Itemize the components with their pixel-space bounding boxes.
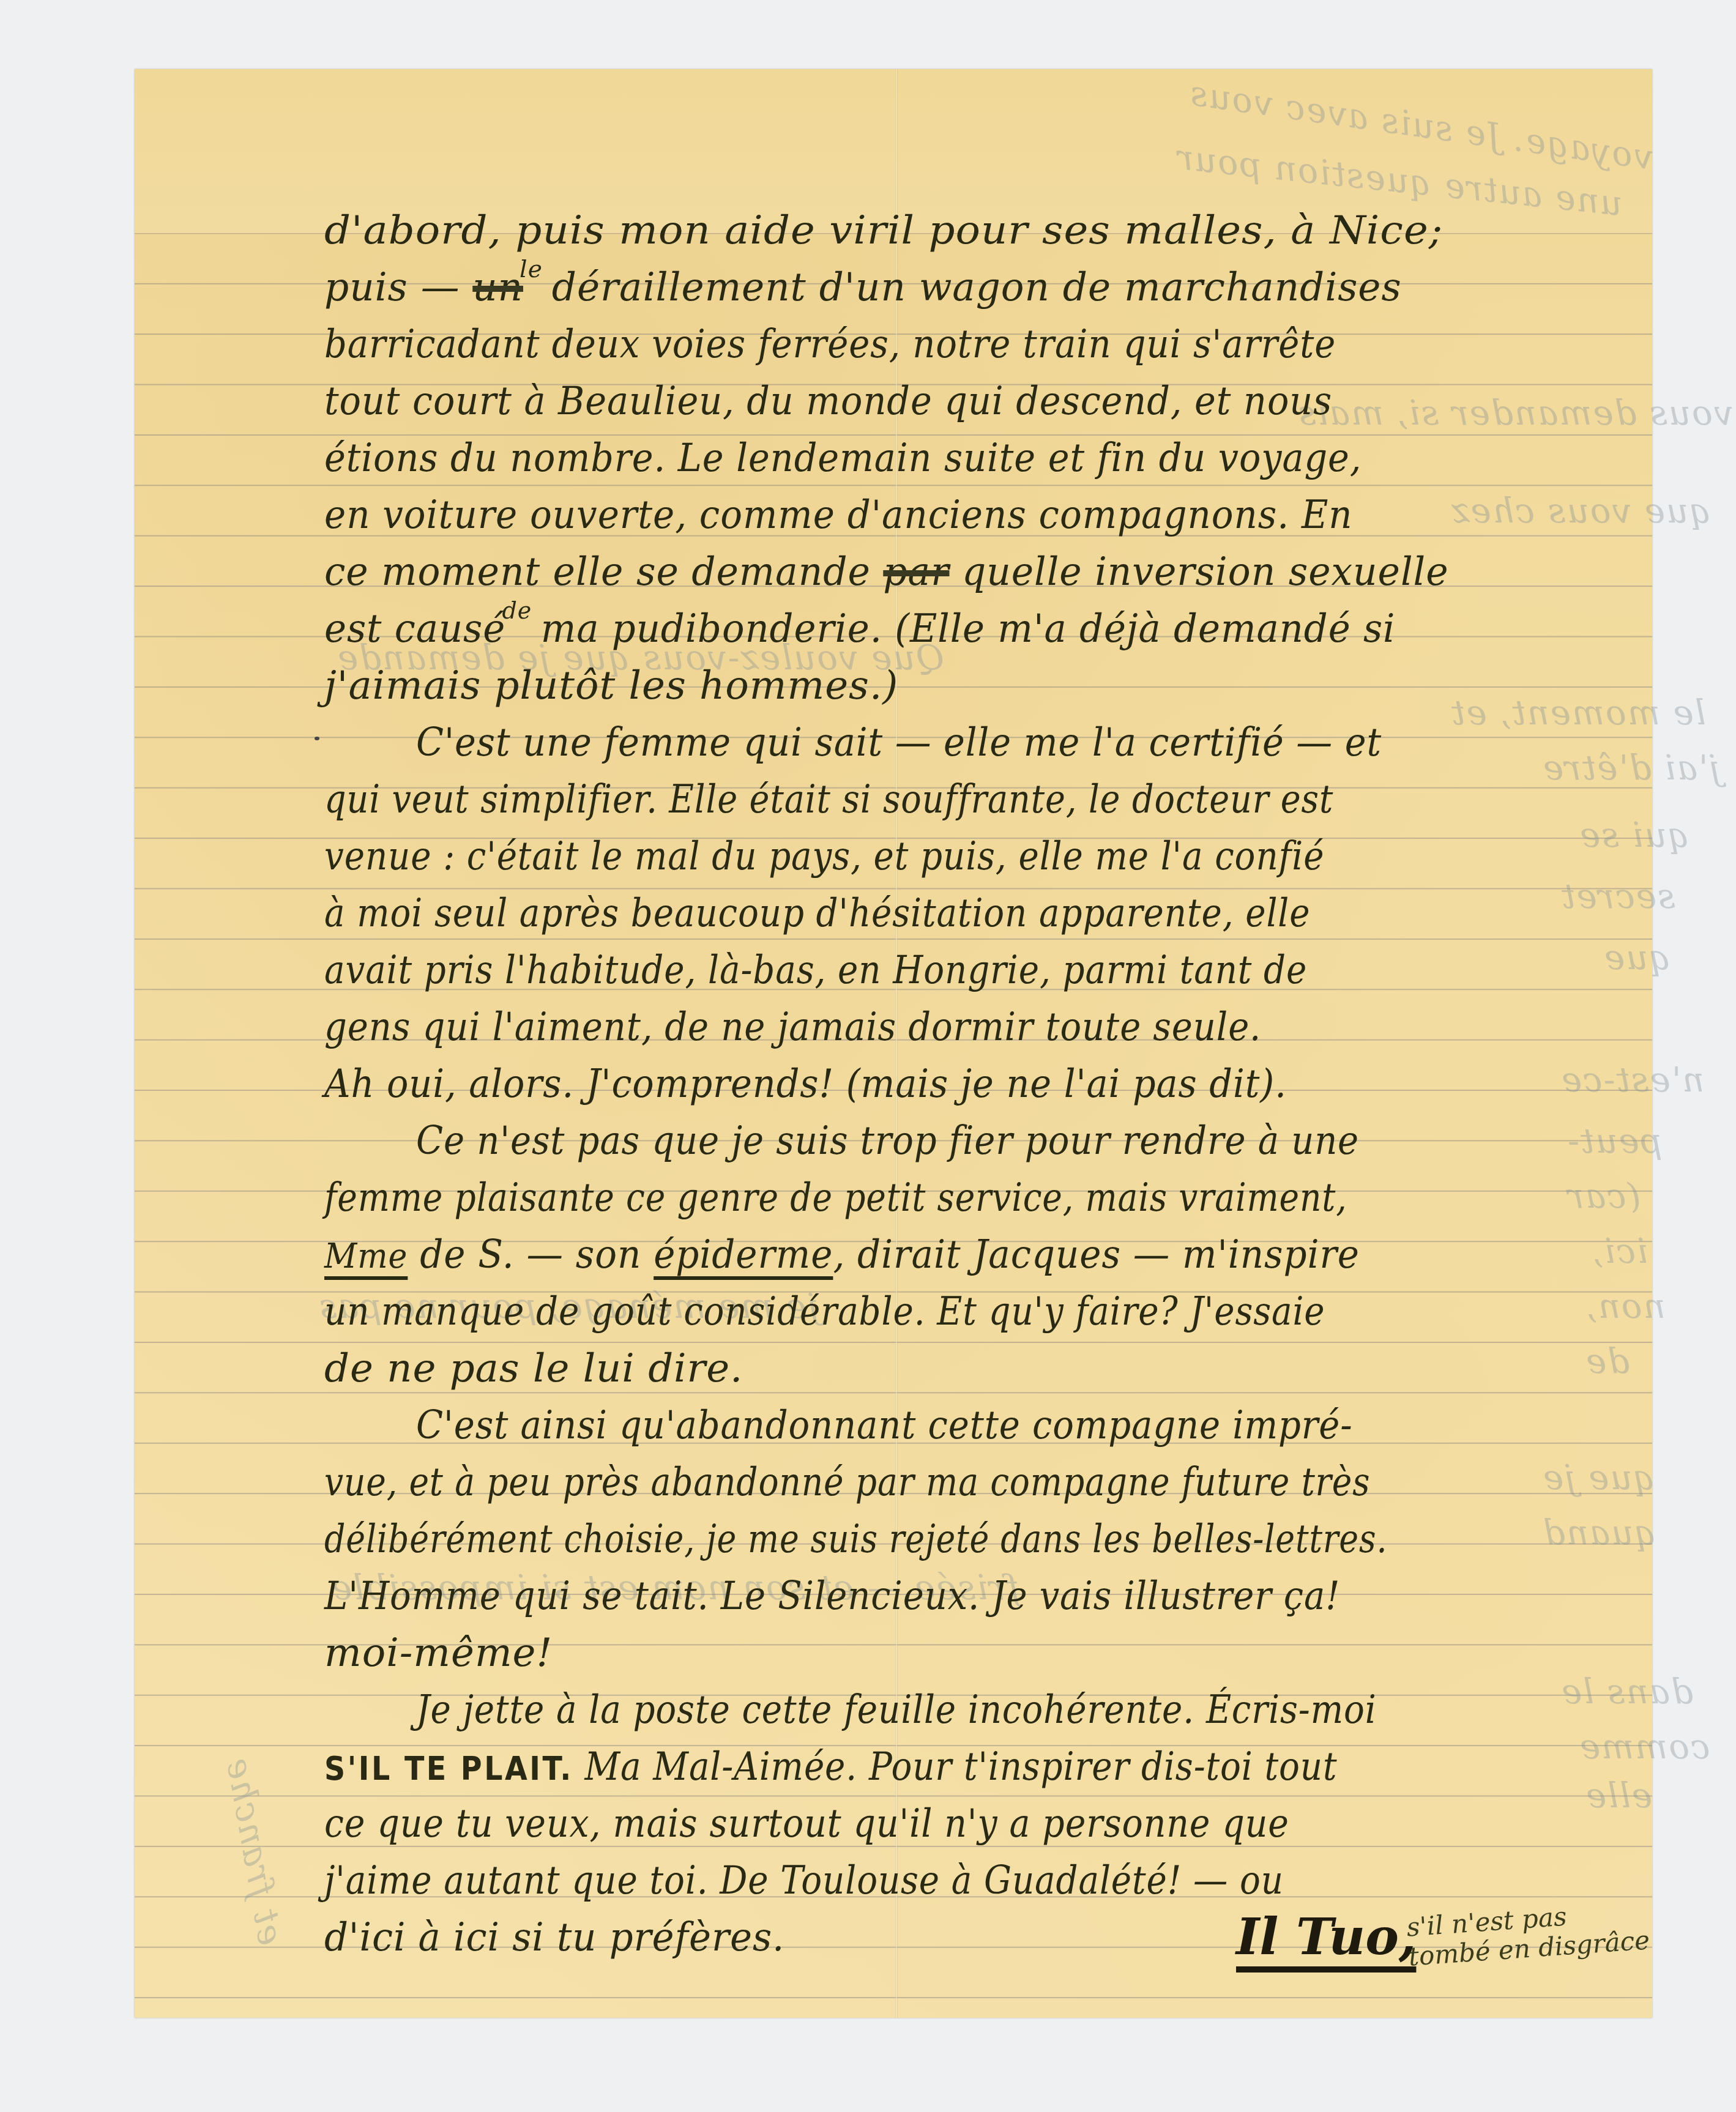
letter-line-15: gens qui l'aiment, de ne jamais dormir t… — [324, 1008, 1261, 1047]
letter-line-2: puis — unle déraillement d'un wagon de m… — [324, 268, 1402, 307]
letter-line-4: tout court à Beaulieu, du monde qui desc… — [324, 382, 1332, 421]
letter-line-21: de ne pas le lui dire. — [324, 1349, 743, 1388]
line-text: en voiture ouverte, comme d'anciens comp… — [324, 493, 1353, 538]
line-text: avait pris l'habitude, là-bas, en Hongri… — [324, 948, 1307, 993]
letter-line-24: délibérément choisie, je me suis rejeté … — [324, 1520, 1387, 1559]
bleed-through-text: vous demander si, mais — [1297, 393, 1733, 433]
line-text: tout court à Beaulieu, du monde qui desc… — [324, 379, 1332, 424]
bleed-through-text: secret — [1560, 877, 1675, 917]
letter-paper: voyage. Je suis avec vous une autre ques… — [135, 69, 1652, 2018]
line-text: , dirait Jacques — m'inspire — [833, 1232, 1360, 1277]
letter-line-18: femme plaisante ce genre de petit servic… — [324, 1178, 1347, 1218]
bleed-through-text: (car — [1566, 1177, 1641, 1216]
struck-word: un — [472, 265, 523, 310]
line-text: un manque de goût considérable. Et qu'y … — [324, 1289, 1325, 1334]
letter-line-7: ce moment elle se demande par quelle inv… — [324, 552, 1448, 592]
signature: Il Tuo, — [1236, 1908, 1416, 1966]
inserted-word: le — [520, 255, 543, 283]
letter-line-14: avait pris l'habitude, là-bas, en Hongri… — [324, 951, 1307, 990]
line-text: Ma Mal-Aimée. Pour t'inspirer dis-toi to… — [573, 1744, 1338, 1790]
line-text: vue, et à peu près abandonné par ma comp… — [324, 1460, 1370, 1505]
letter-line-5: étions du nombre. Le lendemain suite et … — [324, 439, 1362, 478]
letter-line-11: qui veut simplifier. Elle était si souff… — [324, 780, 1333, 819]
letter-line-22: C'est ainsi qu'abandonnant cette compagn… — [416, 1406, 1353, 1445]
letter-line-26: moi-même! — [324, 1634, 553, 1673]
line-text: Je jette à la poste cette feuille incohé… — [416, 1687, 1377, 1733]
bleed-through-text: non, — [1585, 1287, 1666, 1326]
line-text: ma pudibonderie. (Elle m'a déjà demandé … — [541, 606, 1396, 652]
bleed-through-text: qui se — [1579, 816, 1690, 855]
bleed-through-text: ici, — [1591, 1232, 1648, 1271]
letter-line-12: venue : c'était le mal du pays, et puis,… — [324, 837, 1324, 876]
line-text: venue : c'était le mal du pays, et puis,… — [324, 834, 1324, 879]
line-text: Ce n'est pas que je suis trop fier pour … — [416, 1118, 1359, 1164]
letter-line-10: C'est une femme qui sait — elle me l'a c… — [416, 723, 1382, 762]
bleed-through-text: comme — [1579, 1727, 1710, 1767]
letter-line-3: barricadant deux voies ferrées, notre tr… — [324, 325, 1336, 364]
line-text: d'abord, puis mon aide viril pour ses ma… — [324, 208, 1443, 253]
letter-line-20: un manque de goût considérable. Et qu'y … — [324, 1292, 1325, 1331]
letter-line-9: j'aimais plutôt les hommes.) — [324, 666, 898, 705]
line-text: gens qui l'aiment, de ne jamais dormir t… — [324, 1005, 1261, 1050]
letter-line-30: j'aime autant que toi. De Toulouse à Gua… — [324, 1861, 1284, 1900]
struck-word: par — [883, 549, 949, 595]
letter-line-8: est causéde ma pudibonderie. (Elle m'a d… — [324, 609, 1395, 649]
line-text: de S. — son — [408, 1232, 654, 1277]
bleed-through-text: j'ai d'être — [1542, 748, 1720, 788]
line-text: ce que tu veux, mais surtout qu'il n'y a… — [324, 1801, 1289, 1846]
bleed-through-text: n'est-ce — [1560, 1060, 1704, 1100]
line-text: barricadant deux voies ferrées, notre tr… — [324, 322, 1336, 367]
abbreviation-madame: Mme — [324, 1236, 408, 1276]
bleed-through-text: quand — [1542, 1513, 1656, 1553]
letter-line-19: Mme de S. — son épiderme, dirait Jacques… — [324, 1235, 1360, 1274]
line-text: C'est ainsi qu'abandonnant cette compagn… — [416, 1403, 1353, 1448]
inserted-word: de — [502, 597, 532, 625]
line-text: j'aime autant que toi. De Toulouse à Gua… — [324, 1858, 1284, 1903]
line-text: de ne pas le lui dire. — [324, 1346, 743, 1391]
line-text: déraillement d'un wagon de marchandises — [552, 265, 1402, 310]
letter-line-16: Ah oui, alors. J'comprends! (mais je ne … — [324, 1065, 1287, 1104]
letter-line-28: S'IL TE PLAIT. Ma Mal-Aimée. Pour t'insp… — [324, 1747, 1337, 1787]
line-text: j'aimais plutôt les hommes.) — [324, 663, 898, 708]
line-text: d'ici à ici si tu préfères. — [324, 1915, 784, 1960]
line-text: Ah oui, alors. J'comprends! (mais je ne … — [324, 1062, 1287, 1107]
line-text: L'Homme qui se tait. Le Silencieux. Je v… — [324, 1574, 1340, 1619]
bleed-through-text: elle — [1585, 1776, 1652, 1816]
letter-line-17: Ce n'est pas que je suis trop fier pour … — [416, 1121, 1359, 1161]
line-text: qui veut simplifier. Elle était si souff… — [324, 777, 1333, 822]
line-text: femme plaisante ce genre de petit servic… — [324, 1175, 1347, 1221]
line-text: quelle inversion sexuelle — [962, 549, 1449, 595]
capitalized-plea: S'IL TE PLAIT. — [324, 1749, 573, 1788]
line-text: C'est une femme qui sait — elle me l'a c… — [416, 720, 1382, 765]
bleed-through-text: de — [1585, 1342, 1630, 1381]
line-text: délibérément choisie, je me suis rejeté … — [324, 1517, 1387, 1562]
bleed-through-text: le moment, et — [1450, 693, 1706, 733]
letter-line-23: vue, et à peu près abandonné par ma comp… — [324, 1463, 1370, 1502]
letter-line-6: en voiture ouverte, comme d'anciens comp… — [324, 496, 1353, 535]
letter-line-13: à moi seul après beaucoup d'hésitation a… — [324, 894, 1310, 933]
letter-line-29: ce que tu veux, mais surtout qu'il n'y a… — [324, 1804, 1289, 1843]
line-text: étions du nombre. Le lendemain suite et … — [324, 436, 1362, 481]
bleed-through-text: que je — [1542, 1458, 1655, 1498]
letter-line-25: L'Homme qui se tait. Le Silencieux. Je v… — [324, 1577, 1340, 1616]
line-text: à moi seul après beaucoup d'hésitation a… — [324, 891, 1310, 936]
bleed-through-text: que — [1603, 938, 1671, 978]
letter-line-31: d'ici à ici si tu préfères. — [324, 1918, 784, 1957]
underlined-word: épiderme — [654, 1232, 833, 1277]
bleed-through-text: peut- — [1566, 1121, 1662, 1161]
letter-line-27: Je jette à la poste cette feuille incohé… — [416, 1690, 1377, 1730]
bleed-through-text: dans le — [1560, 1672, 1693, 1712]
bleed-through-text: que vous chez — [1450, 491, 1712, 531]
line-text: est causé — [324, 606, 505, 652]
margin-dot — [315, 737, 319, 740]
line-text: puis — — [324, 265, 460, 310]
line-text: ce moment elle se demande — [324, 549, 871, 595]
line-text: moi-même! — [324, 1630, 553, 1676]
letter-line-1: d'abord, puis mon aide viril pour ses ma… — [324, 211, 1443, 250]
